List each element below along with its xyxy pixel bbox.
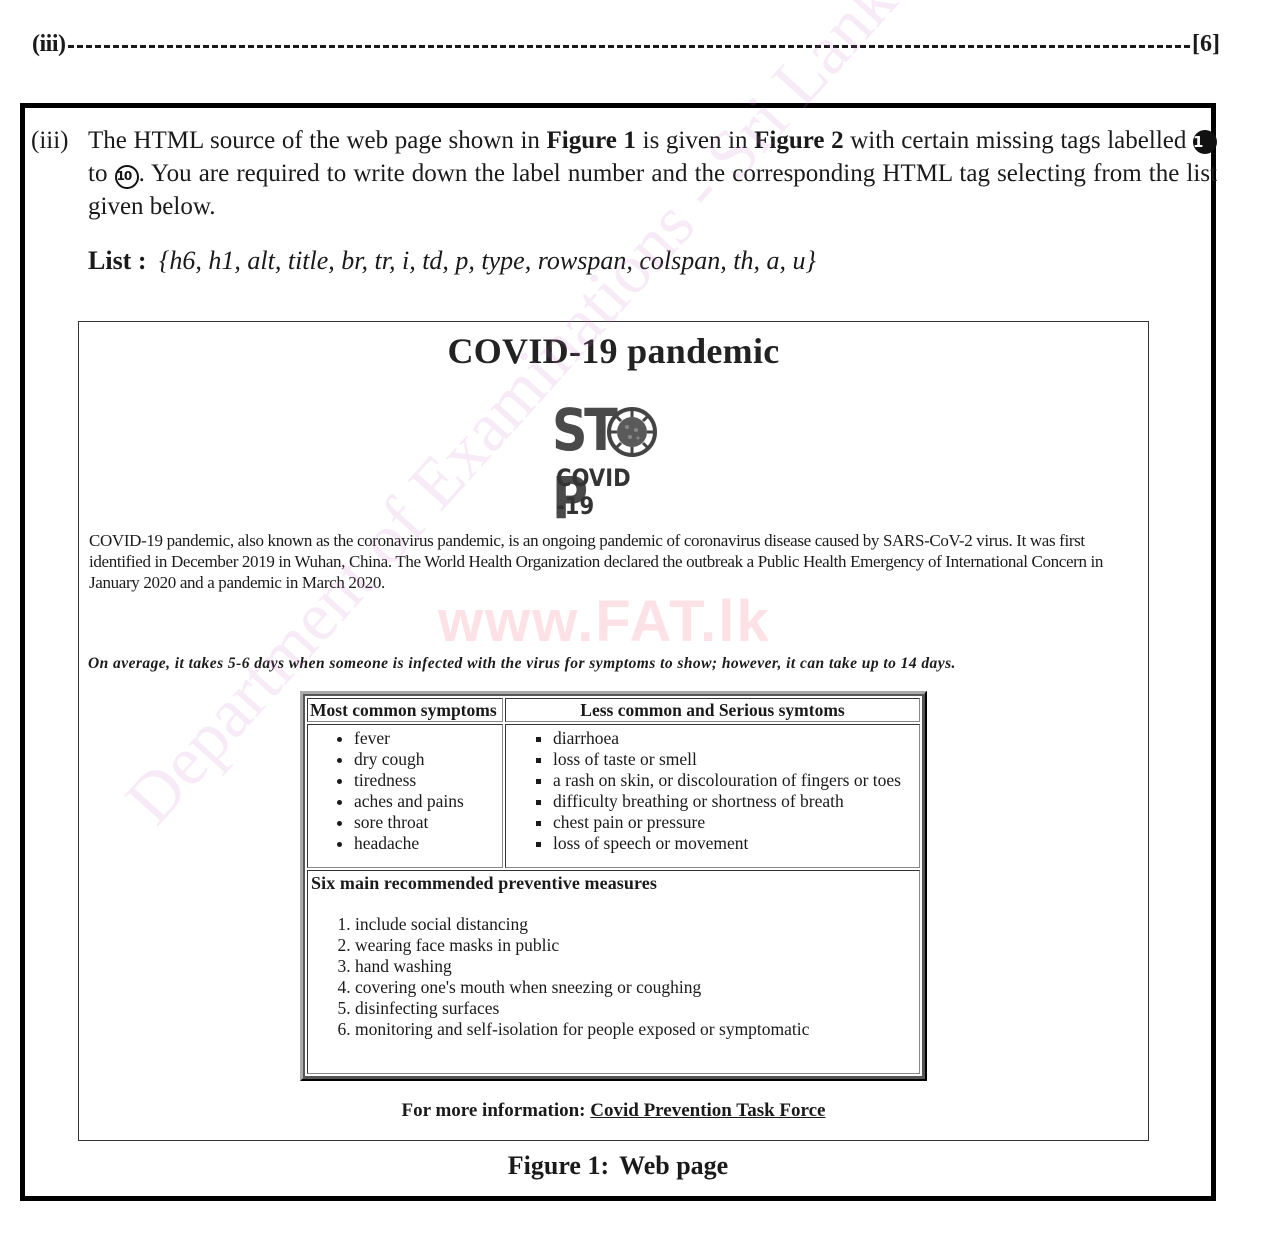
caption-text: Web page bbox=[619, 1151, 728, 1180]
label-ten-icon: 10 bbox=[115, 165, 139, 189]
header-common-symptoms: Most common symptoms bbox=[307, 698, 503, 722]
figure1-webpage: COVID-19 pandemic STP bbox=[78, 321, 1149, 1141]
tag-list: List : {h6, h1, alt, title, br, tr, i, t… bbox=[88, 246, 816, 276]
answer-marks: [6] bbox=[1192, 31, 1220, 58]
list-item: hand washing bbox=[355, 956, 916, 977]
virus-icon bbox=[606, 406, 658, 458]
tag-list-label: List : bbox=[88, 246, 147, 275]
caption-label: Figure 1: bbox=[508, 1151, 609, 1180]
serious-symptoms-list: diarrhoealoss of taste or smella rash on… bbox=[508, 728, 917, 854]
question-frame: (iii) The HTML source of the web page sh… bbox=[20, 103, 1216, 1201]
list-item: monitoring and self-isolation for people… bbox=[355, 1019, 916, 1040]
intro-paragraph: COVID-19 pandemic, also known as the cor… bbox=[89, 530, 1141, 593]
list-item: a rash on skin, or discolouration of fin… bbox=[553, 770, 917, 791]
table-header-row: Most common symptoms Less common and Ser… bbox=[307, 698, 920, 722]
list-item: headache bbox=[354, 833, 500, 854]
answer-label: (iii) bbox=[32, 31, 66, 58]
answer-dashes bbox=[68, 45, 1191, 48]
list-item: covering one's mouth when sneezing or co… bbox=[355, 977, 916, 998]
list-item: fever bbox=[354, 728, 500, 749]
question-body: The HTML source of the web page shown in… bbox=[88, 124, 1217, 223]
table-row: feverdry coughtirednessaches and painsso… bbox=[307, 724, 920, 868]
task-force-link[interactable]: Covid Prevention Task Force bbox=[590, 1100, 825, 1121]
question-number: (iii) bbox=[31, 124, 69, 157]
symptoms-table: Most common symptoms Less common and Ser… bbox=[300, 691, 927, 1081]
list-item: tiredness bbox=[354, 770, 500, 791]
preventive-title: Six main recommended preventive measures bbox=[311, 873, 916, 894]
list-item: loss of speech or movement bbox=[553, 833, 917, 854]
list-item: sore throat bbox=[354, 812, 500, 833]
list-item: chest pain or pressure bbox=[553, 812, 917, 833]
list-item: wearing face masks in public bbox=[355, 935, 916, 956]
header-serious-symptoms: Less common and Serious symtoms bbox=[505, 698, 920, 722]
list-item: disinfecting surfaces bbox=[355, 998, 916, 1019]
preventive-measures-list: include social distancingwearing face ma… bbox=[311, 914, 916, 1040]
common-symptoms-list: feverdry coughtirednessaches and painsso… bbox=[310, 728, 500, 854]
label-one-icon: 1 bbox=[1193, 130, 1217, 154]
serious-symptoms-cell: diarrhoealoss of taste or smella rash on… bbox=[505, 724, 920, 868]
webpage-title: COVID-19 pandemic bbox=[79, 330, 1148, 372]
logo-covid-text: COVID -19 bbox=[556, 464, 669, 520]
webpage-footer: For more information: Covid Prevention T… bbox=[79, 1100, 1148, 1122]
incubation-note: On average, it takes 5-6 days when someo… bbox=[88, 655, 956, 673]
question-text: (iii) The HTML source of the web page sh… bbox=[31, 124, 1217, 223]
list-item: difficulty breathing or shortness of bre… bbox=[553, 791, 917, 812]
figure-caption: Figure 1:Web page bbox=[25, 1151, 1211, 1181]
figure2-ref: Figure 2 bbox=[754, 127, 843, 154]
list-item: diarrhoea bbox=[553, 728, 917, 749]
list-item: loss of taste or smell bbox=[553, 749, 917, 770]
list-item: aches and pains bbox=[354, 791, 500, 812]
list-item: dry cough bbox=[354, 749, 500, 770]
common-symptoms-cell: feverdry coughtirednessaches and painsso… bbox=[307, 724, 503, 868]
answer-line: (iii) [6] bbox=[32, 28, 1220, 60]
table-row: Six main recommended preventive measures… bbox=[307, 870, 920, 1074]
tag-list-items: {h6, h1, alt, title, br, tr, i, td, p, t… bbox=[159, 246, 816, 275]
stop-covid-logo: STP COVID -19 bbox=[544, 402, 684, 502]
list-item: include social distancing bbox=[355, 914, 916, 935]
preventive-measures-cell: Six main recommended preventive measures… bbox=[307, 870, 920, 1074]
figure1-ref: Figure 1 bbox=[547, 127, 636, 154]
footer-label: For more information: bbox=[402, 1100, 591, 1121]
